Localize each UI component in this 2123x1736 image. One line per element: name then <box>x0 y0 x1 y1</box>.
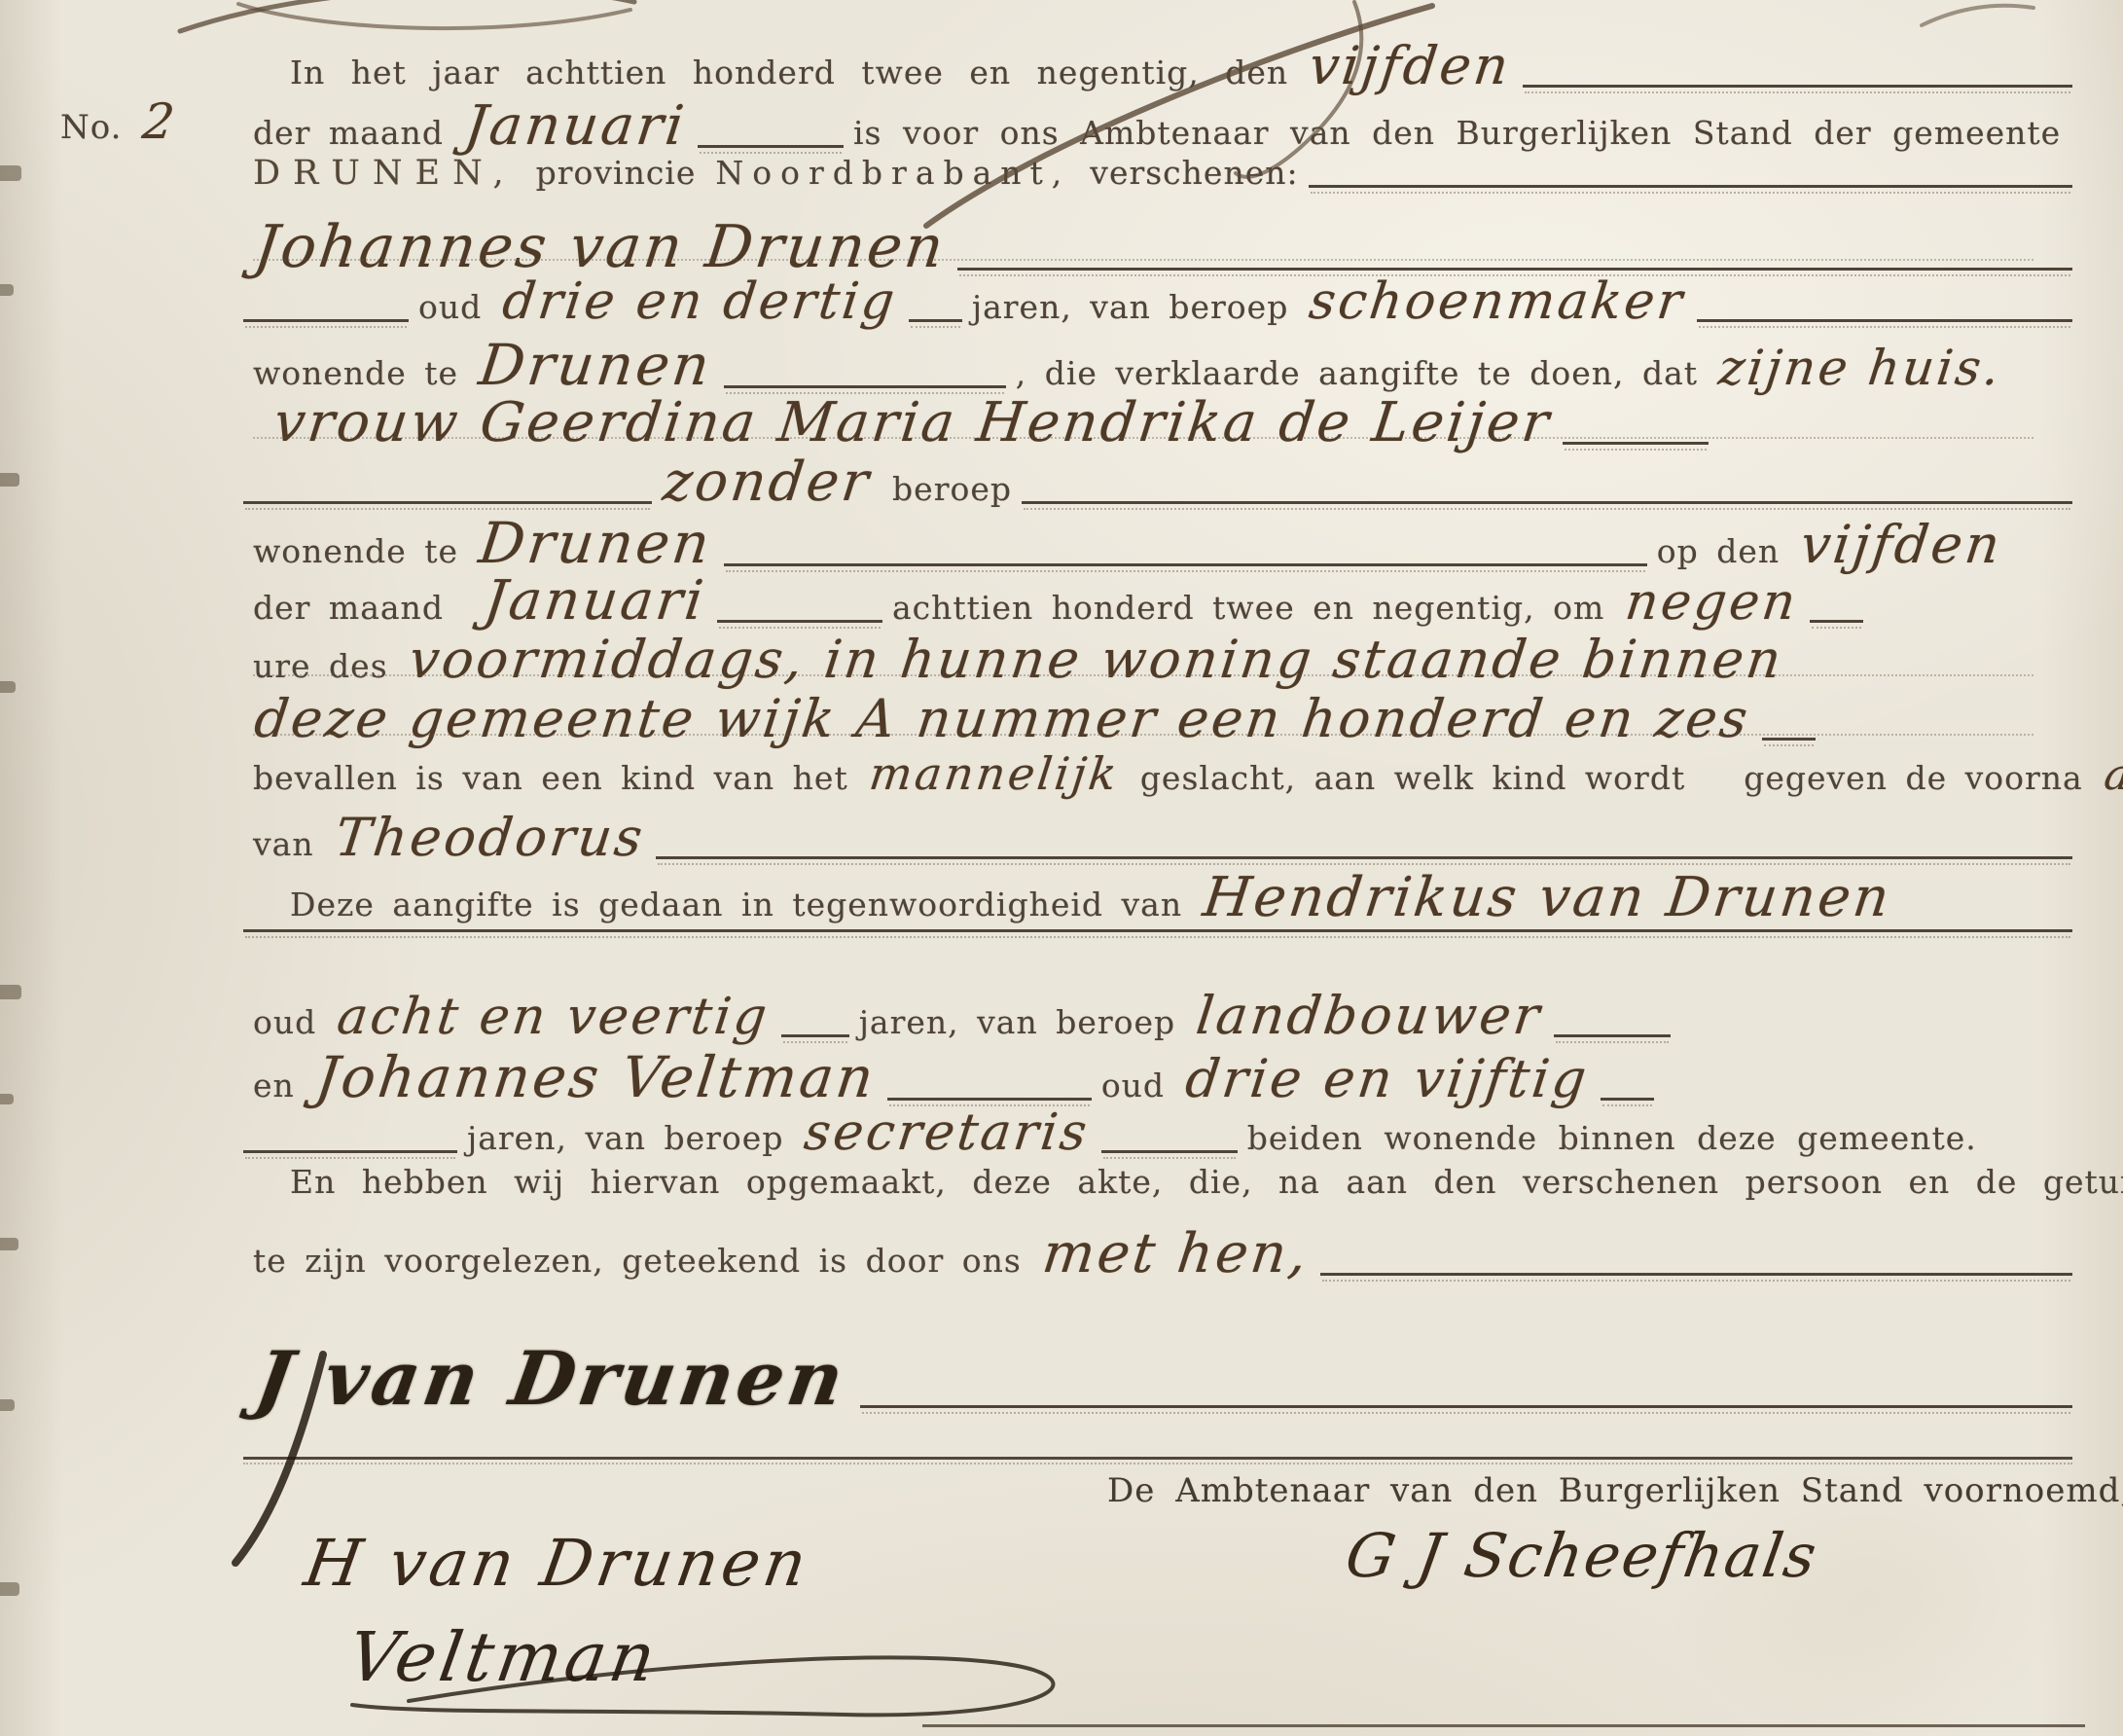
printed-text: , die verklaarde aangifte te doen, dat <box>1006 354 1708 392</box>
printed-text: te zijn voorgelezen, geteekend is door o… <box>243 1242 1031 1280</box>
witness1-signature: H van Drunen <box>286 1526 829 1601</box>
handwritten-entry: Johannes Veltman <box>301 1044 891 1110</box>
handwritten-entry: secretaris <box>790 1103 1105 1162</box>
act-line: vanTheodorus <box>243 807 2072 866</box>
fill-rule <box>957 268 2072 271</box>
handwritten-entry: mannelijk <box>854 747 1133 800</box>
printed-text: oud <box>409 288 491 326</box>
act-line: ouddrie en dertigjaren, van beroepschoen… <box>243 272 2072 332</box>
printed-text: jaren, van beroep <box>849 1003 1185 1041</box>
printed-text: In het jaar achttien honderd twee en neg… <box>280 54 1298 91</box>
fill-rule <box>1309 185 2072 188</box>
handwritten-entry: am <box>2090 750 2123 800</box>
binding-edge-mark <box>0 284 14 296</box>
act-line: vrouw Geerdina Maria Hendrika de Leijer <box>243 391 2072 451</box>
handwritten-entry: negen <box>1611 573 1814 632</box>
declarant-signature-row: J van Drunen <box>243 1335 2072 1407</box>
act-line: In het jaar achttien honderd twee en neg… <box>243 35 2072 94</box>
binding-edge-mark <box>0 1399 15 1411</box>
handwritten-entry: landbouwer <box>1181 985 1557 1046</box>
fill-rule <box>724 385 1006 388</box>
handwritten-entry: schoenmaker <box>1295 272 1701 331</box>
printed-text: jaren, van beroep <box>457 1119 793 1157</box>
fill-rule <box>1762 738 1816 741</box>
printed-text: jaren, van beroep <box>962 288 1298 326</box>
act-line: enJohannes Veltmanouddrie en vijftig <box>243 1044 2072 1103</box>
printed-text: wonende te <box>243 532 468 570</box>
handwritten-entry: drie en vijftig <box>1170 1048 1603 1109</box>
handwritten-entry: vrouw Geerdina Maria Hendrika de Leijer <box>259 391 1566 454</box>
act-line: der maandJanuariis voor ons Ambtenaar va… <box>243 94 2072 154</box>
printed-text: van <box>243 825 324 863</box>
printed-text: geslacht, aan welk kind wordt <box>1131 759 1695 797</box>
fill-rule <box>1523 85 2072 88</box>
act-number-label: No. <box>51 108 131 147</box>
witness2-signature: Veltman <box>330 1617 678 1697</box>
fill-rule <box>656 856 2072 859</box>
act-body: In het jaar achttien honderd twee en neg… <box>243 35 2072 1282</box>
fill-rule <box>781 1034 849 1037</box>
declarant-signature: J van Drunen <box>236 1335 867 1422</box>
act-number: No. 2 <box>51 93 189 150</box>
official-title: De Ambtenaar van den Burgerlijken Stand … <box>1097 1471 2123 1510</box>
handwritten-entry: Hendrikus van Drunen <box>1188 866 1907 929</box>
fill-rule <box>1563 442 1709 445</box>
binding-edge-mark <box>0 165 21 181</box>
fill-rule <box>1022 501 2072 504</box>
printed-text: Deze aangifte is gedaan in tegenwoordigh… <box>280 886 1192 923</box>
handwritten-entry: Theodorus <box>320 807 660 868</box>
fill-rule <box>1810 620 1863 623</box>
top-corner-flourish <box>1922 6 2033 25</box>
printed-text: DRUNEN, <box>243 154 526 193</box>
handwritten-entry: vijfden <box>1294 35 1527 96</box>
fill-rule <box>887 1098 1092 1101</box>
handwritten-entry: voormiddags, in hunne woning staande bin… <box>394 629 1799 690</box>
fill-rule <box>1554 1034 1671 1037</box>
printed-text: gegeven de voorna <box>1734 759 2092 797</box>
act-line: ure desvoormiddags, in hunne woning staa… <box>243 629 2072 688</box>
handwritten-entry: vijfden <box>1785 514 2018 575</box>
fill-rule <box>1320 1273 2072 1276</box>
act-line: der maandJanuariachttien honderd twee en… <box>243 569 2072 629</box>
handwritten-entry: met hen, <box>1027 1222 1325 1285</box>
act-line: Deze aangifte is gedaan in tegenwoordigh… <box>243 866 2072 925</box>
fill-rule <box>1697 319 2072 322</box>
handwritten-entry: zonder <box>648 451 886 514</box>
handwritten-entry: drie en dertig <box>488 272 913 331</box>
printed-text: op den <box>1647 532 1789 570</box>
handwritten-entry: acht en veertig <box>323 988 785 1046</box>
act-line: oudacht en veertigjaren, van beroeplandb… <box>243 985 2072 1044</box>
handwritten-entry: deze gemeente wijk A nummer een honderd … <box>239 688 1765 749</box>
printed-text: En hebben wij hiervan opgemaakt, deze ak… <box>280 1163 2123 1201</box>
fill-rule <box>243 929 2072 932</box>
fill-rule <box>243 1150 457 1153</box>
printed-text: verschenen: <box>1080 154 1308 192</box>
handwritten-entry: zijne huis. <box>1704 340 2017 396</box>
fill-rule <box>1101 1150 1238 1153</box>
top-left-flourish <box>180 0 634 31</box>
handwritten-entry: Drunen <box>464 332 728 398</box>
printed-text: provincie <box>526 154 706 192</box>
act-line: te zijn voorgelezen, geteekend is door o… <box>243 1222 2072 1282</box>
handwritten-entry: Johannes van Drunen <box>239 213 961 281</box>
act-line <box>243 925 2072 985</box>
fill-rule <box>724 563 1647 566</box>
fill-rule <box>717 620 882 623</box>
printed-text: wonende te <box>243 354 468 392</box>
act-line: zonderberoep <box>243 451 2072 510</box>
act-line: jaren, van beroepsecretarisbeiden wonend… <box>243 1103 2072 1163</box>
act-line: bevallen is van een kind van hetmannelij… <box>243 747 2072 807</box>
binding-edge-mark <box>0 985 21 999</box>
fill-rule <box>1601 1098 1654 1101</box>
binding-edge-mark <box>0 681 16 693</box>
handwritten-entry: Drunen <box>464 510 728 576</box>
printed-text: achttien honderd twee en negentig, om <box>882 589 1614 627</box>
printed-text: oud <box>243 1003 326 1041</box>
top-left-flourish <box>238 4 630 28</box>
fill-rule <box>243 319 409 322</box>
printed-text: is voor ons Ambtenaar van den Burgerlijk… <box>844 114 2070 152</box>
next-act-rule <box>922 1724 2085 1727</box>
fill-rule <box>860 1405 2072 1408</box>
handwritten-entry: Januari <box>469 569 721 633</box>
handwritten-entry: Januari <box>450 94 702 158</box>
act-line: deze gemeente wijk A nummer een honderd … <box>243 688 2072 747</box>
act-line: Johannes van Drunen <box>243 213 2072 272</box>
binding-edge-mark <box>0 1094 14 1104</box>
official-signature: G J Scheefhals <box>1327 1520 1836 1591</box>
printed-text: ure des <box>243 647 398 685</box>
fill-rule <box>243 501 652 504</box>
printed-text: beiden wonende binnen deze gemeente. <box>1238 1119 1987 1157</box>
act-number-value: 2 <box>128 93 193 150</box>
binding-edge-mark <box>0 1582 19 1596</box>
printed-text: beroep <box>882 470 1022 508</box>
act-line: En hebben wij hiervan opgemaakt, deze ak… <box>243 1163 2072 1222</box>
printed-text: oud <box>1092 1067 1174 1104</box>
printed-text: en <box>243 1067 305 1104</box>
act-line: wonende teDrunenop denvijfden <box>243 510 2072 569</box>
binding-edge-mark <box>0 1238 18 1250</box>
printed-text: der maand <box>243 114 453 152</box>
printed-text: Noordbrabant, <box>705 154 1080 192</box>
fill-rule <box>698 145 844 148</box>
act-line: wonende teDrunen, die verklaarde aangift… <box>243 332 2072 391</box>
binding-edge-mark <box>0 473 19 487</box>
signature-guide-line <box>243 1457 2072 1460</box>
fill-rule <box>909 319 962 322</box>
printed-text: der maand <box>243 589 453 627</box>
birth-certificate-scan: No. 2 In het jaar achttien honderd twee … <box>0 0 2123 1736</box>
act-line: DRUNEN,provincieNoordbrabant,verschenen: <box>243 154 2072 213</box>
printed-text: bevallen is van een kind van het <box>243 759 858 797</box>
